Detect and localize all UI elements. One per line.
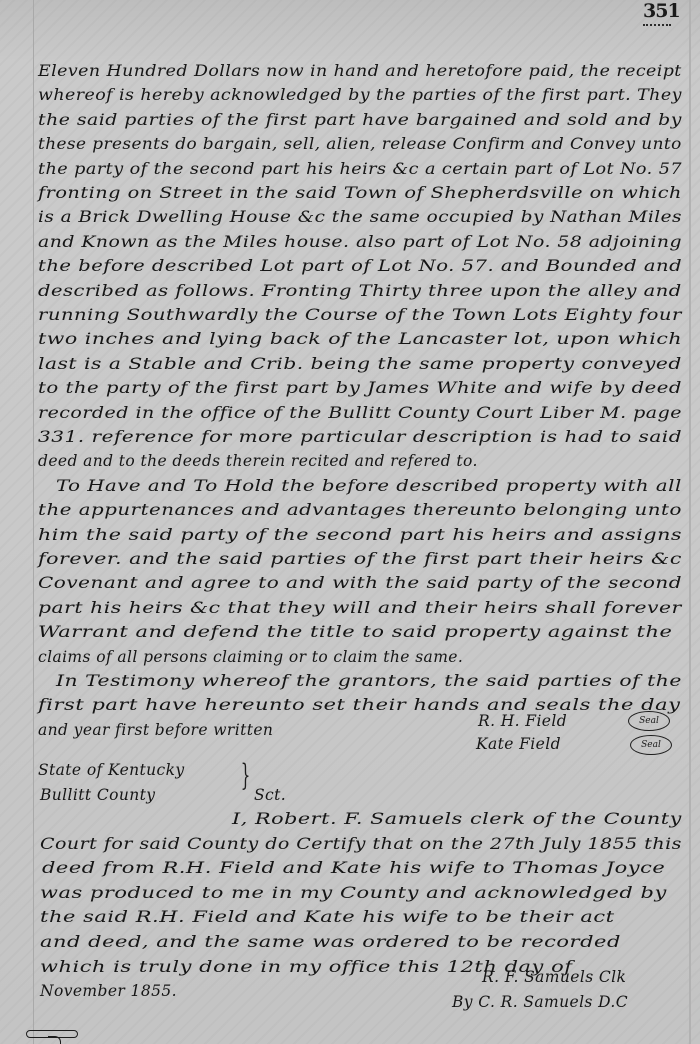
signature-kate-field: Kate Field bbox=[476, 735, 561, 753]
deed-line: claims of all persons claiming or to cla… bbox=[38, 648, 463, 666]
clerk-signature: R. F. Samuels Clk bbox=[482, 968, 626, 986]
certificate-line: was produced to me in my County and ackn… bbox=[40, 884, 667, 902]
seal-icon: Seal bbox=[628, 711, 670, 731]
page-number-flourish bbox=[643, 18, 671, 26]
deed-line: deed and to the deeds therein recited an… bbox=[38, 452, 478, 470]
seal-icon: Seal bbox=[630, 735, 672, 755]
deed-line: Covenant and agree to and with the said … bbox=[38, 574, 682, 592]
deed-line: these presents do bargain, sell, alien, … bbox=[38, 135, 682, 153]
deed-line: two inches and lying back of the Lancast… bbox=[38, 330, 682, 348]
page-edge bbox=[689, 0, 691, 1044]
deed-line: recorded in the office of the Bullitt Co… bbox=[38, 404, 682, 422]
certificate-line: the said R.H. Field and Kate his wife to… bbox=[40, 908, 615, 926]
ledger-page: 351 Eleven Hundred Dollars now in hand a… bbox=[0, 0, 700, 1044]
deed-line: 331. reference for more particular descr… bbox=[38, 428, 682, 446]
certificate-line: and deed, and the same was ordered to be… bbox=[40, 933, 621, 951]
venue-abbrev: Sct. bbox=[254, 786, 286, 804]
deed-line: fronting on Street in the said Town of S… bbox=[38, 184, 682, 202]
venue-state: State of Kentucky bbox=[38, 761, 185, 779]
margin-rule bbox=[33, 0, 34, 1044]
deed-line: described as follows. Fronting Thirty th… bbox=[38, 282, 682, 300]
venue-bracket: } bbox=[241, 758, 251, 793]
deed-line: Eleven Hundred Dollars now in hand and h… bbox=[38, 62, 682, 80]
deed-line: To Have and To Hold the before described… bbox=[56, 477, 682, 495]
deed-line: In Testimony whereof the grantors, the s… bbox=[56, 672, 682, 690]
certificate-line: Court for said County do Certify that on… bbox=[40, 835, 682, 853]
deed-line: whereof is hereby acknowledged by the pa… bbox=[38, 86, 682, 104]
certificate-line: November 1855. bbox=[40, 982, 177, 1000]
deed-line: forever. and the said parties of the fir… bbox=[38, 550, 682, 568]
deed-line: last is a Stable and Crib. being the sam… bbox=[38, 355, 682, 373]
certificate-line: deed from R.H. Field and Kate his wife t… bbox=[42, 859, 665, 877]
deed-line: Warrant and defend the title to said pro… bbox=[38, 623, 672, 641]
deed-line: the said parties of the first part have … bbox=[38, 111, 682, 129]
certificate-line: I, Robert. F. Samuels clerk of the Count… bbox=[232, 810, 682, 828]
deed-line: the before described Lot part of Lot No.… bbox=[38, 257, 682, 275]
deed-line: running Southwardly the Course of the To… bbox=[38, 306, 682, 324]
deed-line: is a Brick Dwelling House &c the same oc… bbox=[38, 208, 682, 226]
venue-county: Bullitt County bbox=[40, 786, 155, 804]
deed-line: the appurtenances and advantages thereun… bbox=[38, 501, 682, 519]
deed-line: him the said party of the second part hi… bbox=[38, 526, 682, 544]
signature-rh-field: R. H. Field bbox=[478, 712, 567, 730]
deputy-signature: By C. R. Samuels D.C bbox=[452, 993, 628, 1011]
flourish-mark-stem bbox=[48, 1036, 61, 1044]
deed-line: first part have hereunto set their hands… bbox=[38, 696, 680, 714]
deed-line: the party of the second part his heirs &… bbox=[38, 160, 682, 178]
deed-line: part his heirs &c that they will and the… bbox=[38, 599, 682, 617]
deed-line: and year first before written bbox=[38, 721, 273, 739]
deed-line: to the party of the first part by James … bbox=[38, 379, 682, 397]
deed-line: and Known as the Miles house. also part … bbox=[38, 233, 682, 251]
